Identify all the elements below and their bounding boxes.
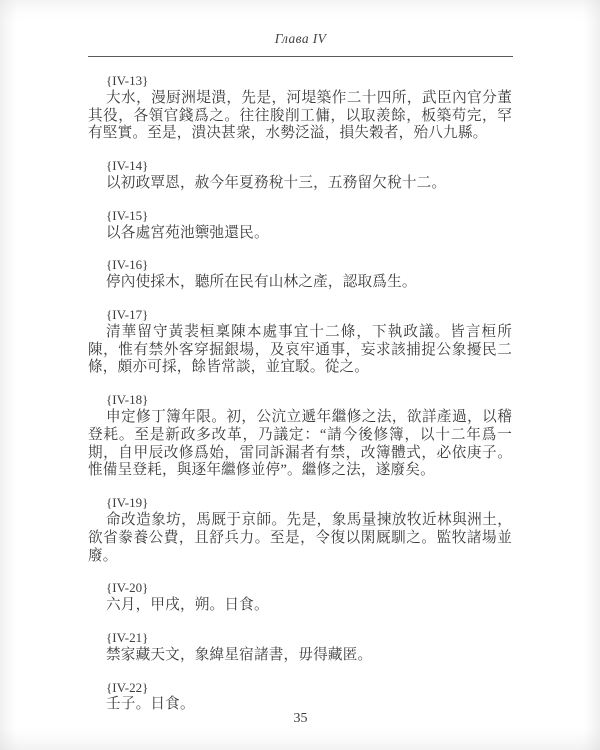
section-label: {IV-13} [88, 72, 512, 90]
section: {IV-14} 以初政覃恩，赦今年夏務稅十三，五務留欠稅十二。 [88, 157, 512, 193]
section: {IV-19} 命改造象坊，馬厩于京師。先是，象馬量揀放牧近林與洲土，欲省豢養公… [88, 494, 512, 565]
running-head-chapter-title: Глава IV [88, 31, 513, 47]
section-text: 清華留守黃裴桓稟陳本處事宜十二條，下執政議。皆言桓所陳，惟有禁外客穿掘銀場，及哀… [88, 324, 512, 377]
section-label: {IV-14} [88, 157, 512, 175]
section: {IV-15} 以各處宮苑池籞弛還民。 [88, 207, 512, 243]
section-text: 以初政覃恩，赦今年夏務稅十三，五務留欠稅十二。 [88, 175, 512, 193]
section-label: {IV-21} [88, 629, 512, 647]
section: {IV-18} 申定修丁簿年限。初，公沆立遞年繼修之法，欲詳產過，以稽登耗。至是… [88, 391, 512, 480]
section-text: 停內使採木，聽所在民有山林之產，認取爲生。 [88, 274, 512, 292]
section: {IV-21} 禁家藏天文，象緯星宿諸書，毋得藏匿。 [88, 629, 512, 665]
header-rule [88, 56, 513, 57]
section-label: {IV-20} [88, 579, 512, 597]
section-text: 六月，甲戌，朔。日食。 [88, 597, 512, 615]
section-text: 申定修丁簿年限。初，公沆立遞年繼修之法，欲詳產過，以稽登耗。至是新政多改革，乃議… [88, 409, 512, 480]
page-number: 35 [88, 711, 513, 727]
section-label: {IV-15} [88, 207, 512, 225]
section-text: 大水，漫厨洲堤潰，先是，河堤築作二十四所，武臣內官分董其役，各領官錢爲之。往往朘… [88, 90, 512, 143]
section: {IV-17} 清華留守黃裴桓稟陳本處事宜十二條，下執政議。皆言桓所陳，惟有禁外… [88, 306, 512, 377]
section-label: {IV-22} [88, 679, 512, 697]
section-label: {IV-16} [88, 256, 512, 274]
section: {IV-20} 六月，甲戌，朔。日食。 [88, 579, 512, 615]
sections: {IV-13} 大水，漫厨洲堤潰，先是，河堤築作二十四所，武臣內官分董其役，各領… [88, 72, 512, 728]
section: {IV-13} 大水，漫厨洲堤潰，先是，河堤築作二十四所，武臣內官分董其役，各領… [88, 72, 512, 143]
section-label: {IV-19} [88, 494, 512, 512]
section-text: 禁家藏天文，象緯星宿諸書，毋得藏匿。 [88, 647, 512, 665]
section-text: 以各處宮苑池籞弛還民。 [88, 225, 512, 243]
section: {IV-22} 壬子。日食。 [88, 679, 512, 715]
section-text: 命改造象坊，馬厩于京師。先是，象馬量揀放牧近林與洲土，欲省豢養公費，且舒兵力。至… [88, 512, 512, 565]
section: {IV-16} 停內使採木，聽所在民有山林之產，認取爲生。 [88, 256, 512, 292]
scanned-book-page: Глава IV {IV-13} 大水，漫厨洲堤潰，先是，河堤築作二十四所，武臣… [0, 0, 600, 750]
section-label: {IV-17} [88, 306, 512, 324]
section-label: {IV-18} [88, 391, 512, 409]
